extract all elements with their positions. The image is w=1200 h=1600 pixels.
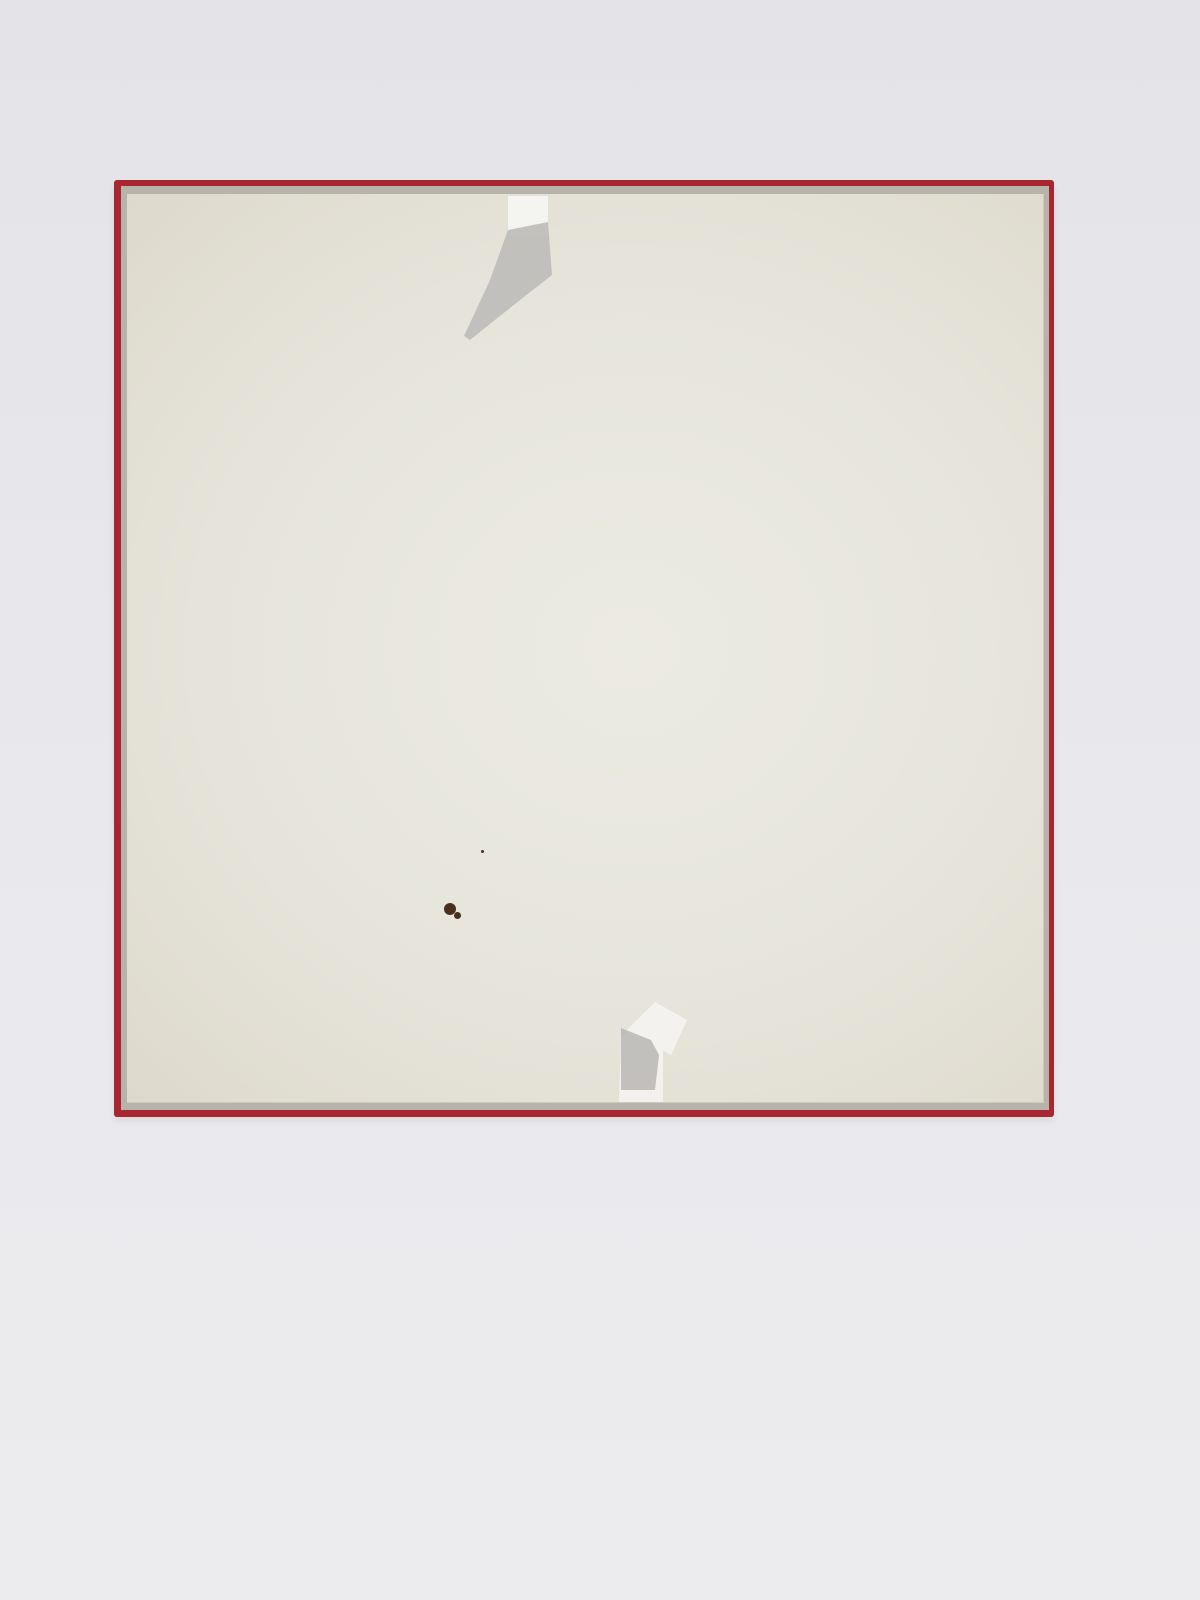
stain-mark-small [454, 912, 461, 919]
tape-bottom [615, 1000, 695, 1105]
cream-board [127, 194, 1044, 1103]
tape-top-torn [460, 220, 555, 345]
speck [481, 850, 484, 853]
